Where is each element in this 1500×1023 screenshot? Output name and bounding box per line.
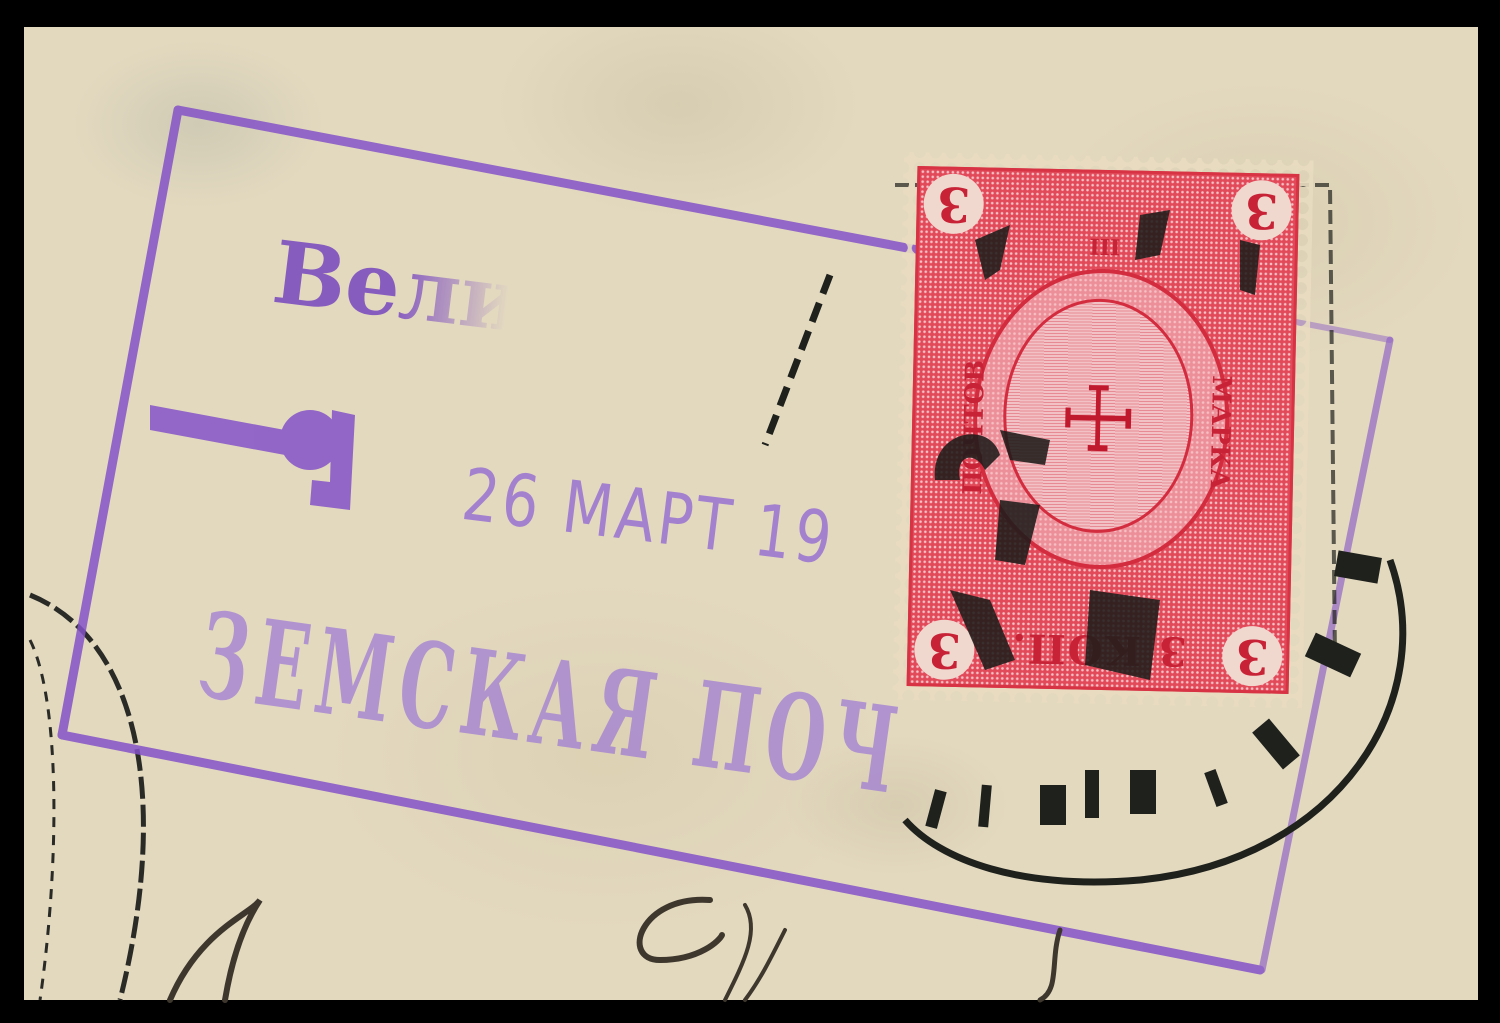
stamp-overprint-cancel (0, 0, 1500, 1023)
